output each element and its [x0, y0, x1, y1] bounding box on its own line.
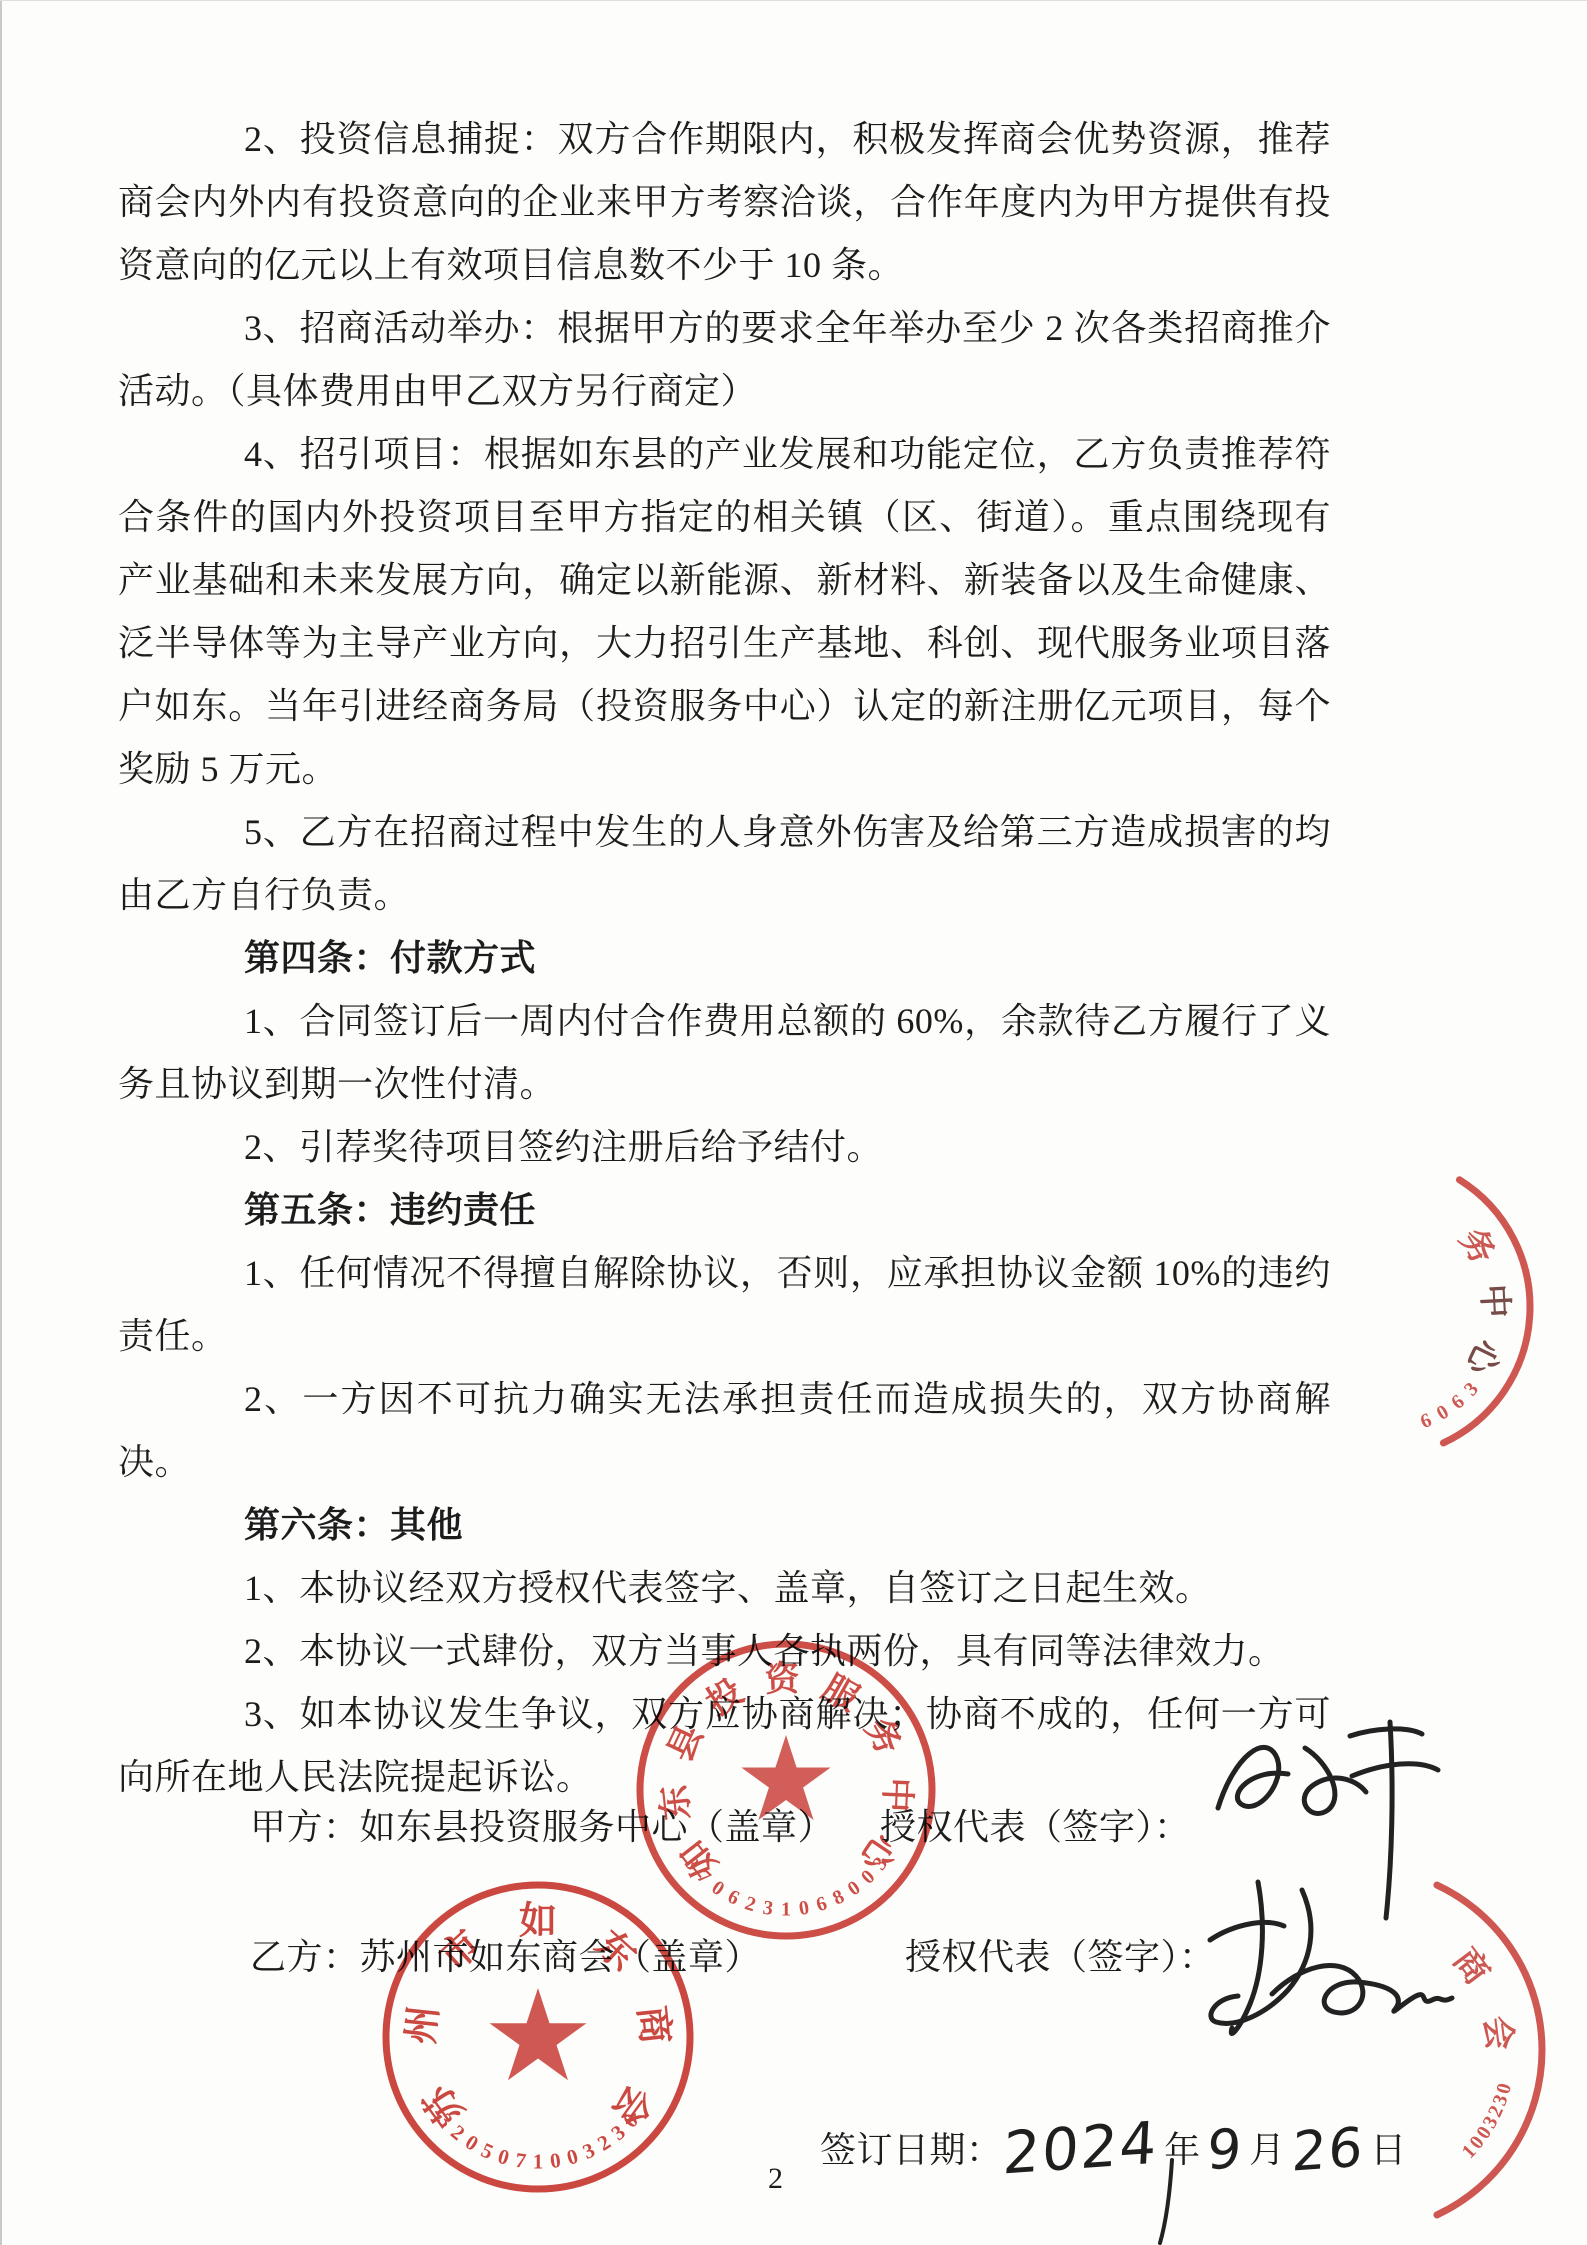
party-a-label: 甲方：如东县投资服务中心（盖章）: [250, 1807, 834, 1847]
svg-text:心: 心: [1458, 1334, 1508, 1383]
svg-text:3: 3: [1478, 2113, 1502, 2132]
svg-text:州: 州: [400, 2004, 446, 2046]
handwritten-nine-tail: [1160, 2160, 1172, 2243]
svg-text:2: 2: [742, 1892, 758, 1916]
svg-text:2: 2: [1484, 2102, 1508, 2120]
svg-text:1: 1: [533, 2150, 544, 2174]
handwritten-month: 9: [1206, 2129, 1244, 2172]
svg-text:会: 会: [603, 2077, 659, 2132]
year-char: 年: [1164, 2130, 1201, 2170]
svg-text:6: 6: [814, 1892, 830, 1916]
svg-text:3: 3: [1488, 2092, 1512, 2109]
scan-edge-left: [0, 0, 2, 2245]
svg-text:0: 0: [857, 1866, 879, 1889]
svg-text:0: 0: [1433, 1401, 1453, 1425]
svg-text:3: 3: [680, 1853, 703, 1874]
section-heading: 第五条：违约责任: [118, 1179, 1331, 1242]
contract-paragraph: 1、合同签订后一周内付合作费用总额的 60%，余款待乙方履行了义务且协议到期一次…: [118, 990, 1331, 1116]
party-b-signature: [1210, 1882, 1452, 2034]
svg-text:3: 3: [1460, 1378, 1483, 1400]
svg-text:3: 3: [433, 2108, 458, 2132]
svg-text:0: 0: [708, 1877, 729, 1901]
party-b-label: 乙方：苏州市如东商会（盖章）: [250, 1937, 761, 1977]
svg-text:2: 2: [446, 2120, 469, 2145]
svg-text:6: 6: [724, 1886, 743, 1910]
svg-text:务: 务: [1452, 1222, 1502, 1271]
svg-text:0: 0: [495, 2144, 512, 2170]
svg-text:3: 3: [869, 1853, 892, 1874]
party-a-rep-line: 授权代表（签字）：: [880, 1807, 1191, 1847]
contract-paragraph: 3、如本协议发生争议，双方应协商解决；协商不成的，任何一方可向所在地人民法院提起…: [118, 1683, 1331, 1809]
svg-text:3: 3: [606, 2120, 629, 2145]
day-char: 日: [1370, 2130, 1407, 2170]
party-a-line: 甲方：如东县投资服务中心（盖章）: [250, 1807, 834, 1847]
svg-text:0: 0: [548, 2148, 562, 2173]
svg-text:3: 3: [761, 1897, 774, 1920]
contract-paragraph: 2、引荐奖待项目签约注册后给予结付。: [118, 1116, 1331, 1179]
svg-text:0: 0: [1465, 2132, 1488, 2153]
svg-text:0: 0: [564, 2144, 581, 2170]
party-b-seal: 苏州市如东商会3205071003230: [386, 1885, 690, 2189]
contract-body: 2、投资信息捕捉：双方合作期限内，积极发挥商会优势资源，推荐商会内外内有投资意向…: [118, 108, 1331, 1809]
svg-text:0: 0: [461, 2130, 483, 2156]
svg-text:6: 6: [1447, 1390, 1469, 1413]
svg-text:0: 0: [844, 1877, 865, 1901]
contract-paragraph: 1、本协议经双方授权代表签字、盖章，自签订之日起生效。: [118, 1557, 1331, 1620]
svg-text:1: 1: [781, 1899, 791, 1921]
contract-paragraph: 5、乙方在招商过程中发生的人身意外伤害及给第三方造成损害的均由乙方自行负责。: [118, 801, 1331, 927]
svg-text:3: 3: [579, 2138, 598, 2164]
svg-text:0: 0: [797, 1897, 810, 1920]
party-a-seal-partial: 务中心6063: [1417, 1180, 1530, 1443]
contract-paragraph: 1、任何情况不得擅自解除协议，否则，应承担协议金额 10%的违约责任。: [118, 1242, 1331, 1368]
scan-edge-top: [0, 0, 1587, 1]
contract-paragraph: 2、一方因不可抗力确实无法承担责任而造成损失的，双方协商解决。: [118, 1368, 1331, 1494]
handwritten-day: 26: [1291, 2127, 1366, 2172]
svg-text:0: 0: [1472, 2122, 1496, 2143]
svg-text:7: 7: [514, 2148, 528, 2173]
month-char: 月: [1249, 2130, 1286, 2170]
contract-paragraph: 3、招商活动举办：根据甲方的要求全年举办至少 2 次各类招商推介活动。（具体费用…: [118, 297, 1331, 423]
signing-date-line: 签订日期：2024年9月26日: [820, 2128, 1413, 2170]
svg-text:0: 0: [1492, 2081, 1516, 2096]
section-heading: 第四条：付款方式: [118, 927, 1331, 990]
svg-text:中: 中: [1474, 1283, 1514, 1319]
svg-text:1: 1: [1458, 2141, 1481, 2163]
svg-text:8: 8: [829, 1886, 848, 1910]
svg-text:商: 商: [630, 2004, 676, 2046]
contract-paragraph: 4、招引项目：根据如东县的产业发展和功能定位，乙方负责推荐符合条件的国内外投资项…: [118, 423, 1331, 801]
svg-text:苏: 苏: [416, 2076, 473, 2132]
handwritten-year: 2024: [1002, 2122, 1159, 2173]
svg-text:5: 5: [478, 2138, 497, 2164]
contract-paragraph: 2、本协议一式肆份，双方当事人各执两份，具有同等法律效力。: [118, 1620, 1331, 1683]
party-b-line: 乙方：苏州市如东商会（盖章）: [250, 1937, 761, 1977]
svg-text:7: 7: [693, 1866, 715, 1889]
svg-text:商: 商: [1445, 1941, 1496, 1991]
seal-star-icon: [490, 1988, 587, 2080]
svg-text:0: 0: [618, 2108, 643, 2132]
section-heading: 第六条：其他: [118, 1494, 1331, 1557]
party-b-seal-partial: 商会1003230: [1437, 1885, 1542, 2215]
signing-date-label: 签订日期：: [820, 2130, 1003, 2170]
party-b-rep-label: 授权代表（签字）：: [905, 1937, 1216, 1977]
contract-page-2: 2、投资信息捕捉：双方合作期限内，积极发挥商会优势资源，推荐商会内外内有投资意向…: [0, 0, 1587, 2245]
party-b-rep-line: 授权代表（签字）：: [905, 1937, 1216, 1977]
party-a-rep-label: 授权代表（签字）：: [880, 1807, 1191, 1847]
svg-text:6: 6: [1417, 1409, 1435, 1433]
page-number: 2: [768, 2162, 783, 2196]
svg-text:2: 2: [593, 2130, 615, 2156]
svg-text:会: 会: [1477, 2014, 1519, 2052]
contract-paragraph: 2、投资信息捕捉：双方合作期限内，积极发挥商会优势资源，推荐商会内外内有投资意向…: [118, 108, 1331, 297]
